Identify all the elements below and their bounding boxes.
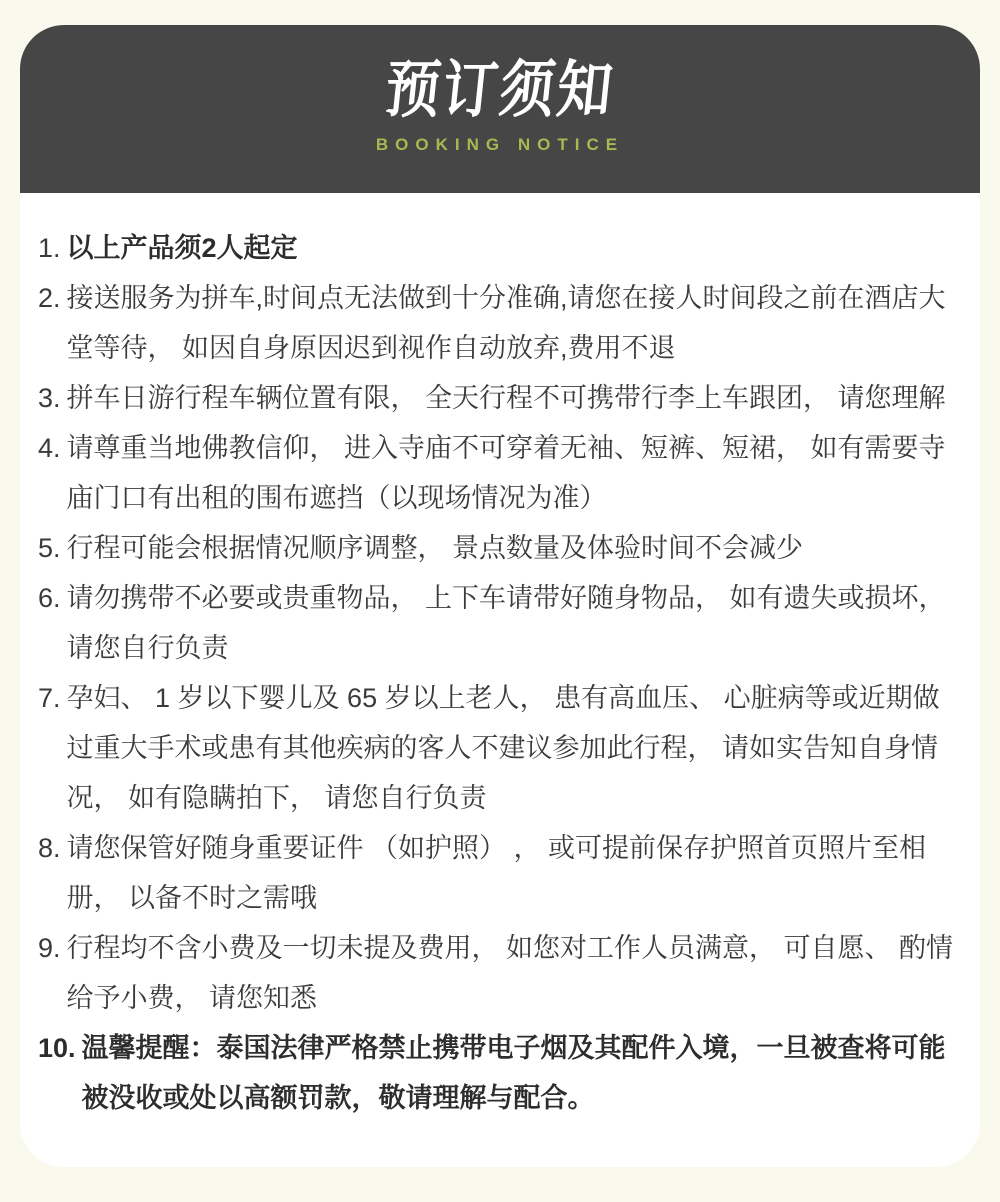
notice-card: 1. 以上产品须2人起定 2. 接送服务为拼车,时间点无法做到十分准确,请您在接… [20, 193, 980, 1167]
list-item: 7. 孕妇、 1 岁以下婴儿及 65 岁以上老人， 患有高血压、 心脏病等或近期… [38, 673, 960, 823]
list-item: 10. 温馨提醒：泰国法律严格禁止携带电子烟及其配件入境，一旦被查将可能被没收或… [38, 1023, 960, 1123]
page-background: 预订须知 BOOKING NOTICE 1. 以上产品须2人起定 2. 接送服务… [0, 0, 1000, 1202]
list-item-number: 7. [38, 673, 67, 723]
list-item-text: 请您保管好随身重要证件 （如护照） ， 或可提前保存护照首页照片至相册， 以备不… [67, 823, 960, 923]
list-item: 1. 以上产品须2人起定 [38, 223, 960, 273]
list-item-text: 拼车日游行程车辆位置有限， 全天行程不可携带行李上车跟团， 请您理解 [67, 373, 960, 423]
list-item-text: 请尊重当地佛教信仰， 进入寺庙不可穿着无袖、短裤、短裙， 如有需要寺庙门口有出租… [67, 423, 960, 523]
list-item-number: 3. [38, 373, 67, 423]
list-item-number: 10. [38, 1023, 82, 1073]
list-item-number: 2. [38, 273, 67, 323]
list-item-text: 接送服务为拼车,时间点无法做到十分准确,请您在接人时间段之前在酒店大堂等待， 如… [67, 273, 960, 373]
list-item-number: 6. [38, 573, 67, 623]
list-item-number: 1. [38, 223, 67, 273]
list-item: 8. 请您保管好随身重要证件 （如护照） ， 或可提前保存护照首页照片至相册， … [38, 823, 960, 923]
list-item: 9. 行程均不含小费及一切未提及费用， 如您对工作人员满意， 可自愿、 酌情给予… [38, 923, 960, 1023]
list-item-text: 请勿携带不必要或贵重物品， 上下车请带好随身物品， 如有遗失或损坏， 请您自行负… [67, 573, 960, 673]
list-item: 3. 拼车日游行程车辆位置有限， 全天行程不可携带行李上车跟团， 请您理解 [38, 373, 960, 423]
list-item-text: 行程均不含小费及一切未提及费用， 如您对工作人员满意， 可自愿、 酌情给予小费，… [67, 923, 960, 1023]
list-item-number: 9. [38, 923, 67, 973]
list-item-text: 行程可能会根据情况顺序调整， 景点数量及体验时间不会减少 [67, 523, 960, 573]
notice-list: 1. 以上产品须2人起定 2. 接送服务为拼车,时间点无法做到十分准确,请您在接… [38, 223, 960, 1123]
page-subtitle: BOOKING NOTICE [376, 135, 624, 155]
list-item-text: 孕妇、 1 岁以下婴儿及 65 岁以上老人， 患有高血压、 心脏病等或近期做过重… [67, 673, 960, 823]
list-item-text: 以上产品须2人起定 [67, 223, 960, 273]
list-item: 2. 接送服务为拼车,时间点无法做到十分准确,请您在接人时间段之前在酒店大堂等待… [38, 273, 960, 373]
list-item: 5. 行程可能会根据情况顺序调整， 景点数量及体验时间不会减少 [38, 523, 960, 573]
list-item-text: 温馨提醒：泰国法律严格禁止携带电子烟及其配件入境，一旦被查将可能被没收或处以高额… [82, 1023, 960, 1123]
booking-notice-header: 预订须知 BOOKING NOTICE [20, 25, 980, 193]
list-item: 4. 请尊重当地佛教信仰， 进入寺庙不可穿着无袖、短裤、短裙， 如有需要寺庙门口… [38, 423, 960, 523]
list-item: 6. 请勿携带不必要或贵重物品， 上下车请带好随身物品， 如有遗失或损坏， 请您… [38, 573, 960, 673]
list-item-number: 4. [38, 423, 67, 473]
page-title: 预订须知 [382, 55, 618, 127]
list-item-number: 5. [38, 523, 67, 573]
list-item-number: 8. [38, 823, 67, 873]
